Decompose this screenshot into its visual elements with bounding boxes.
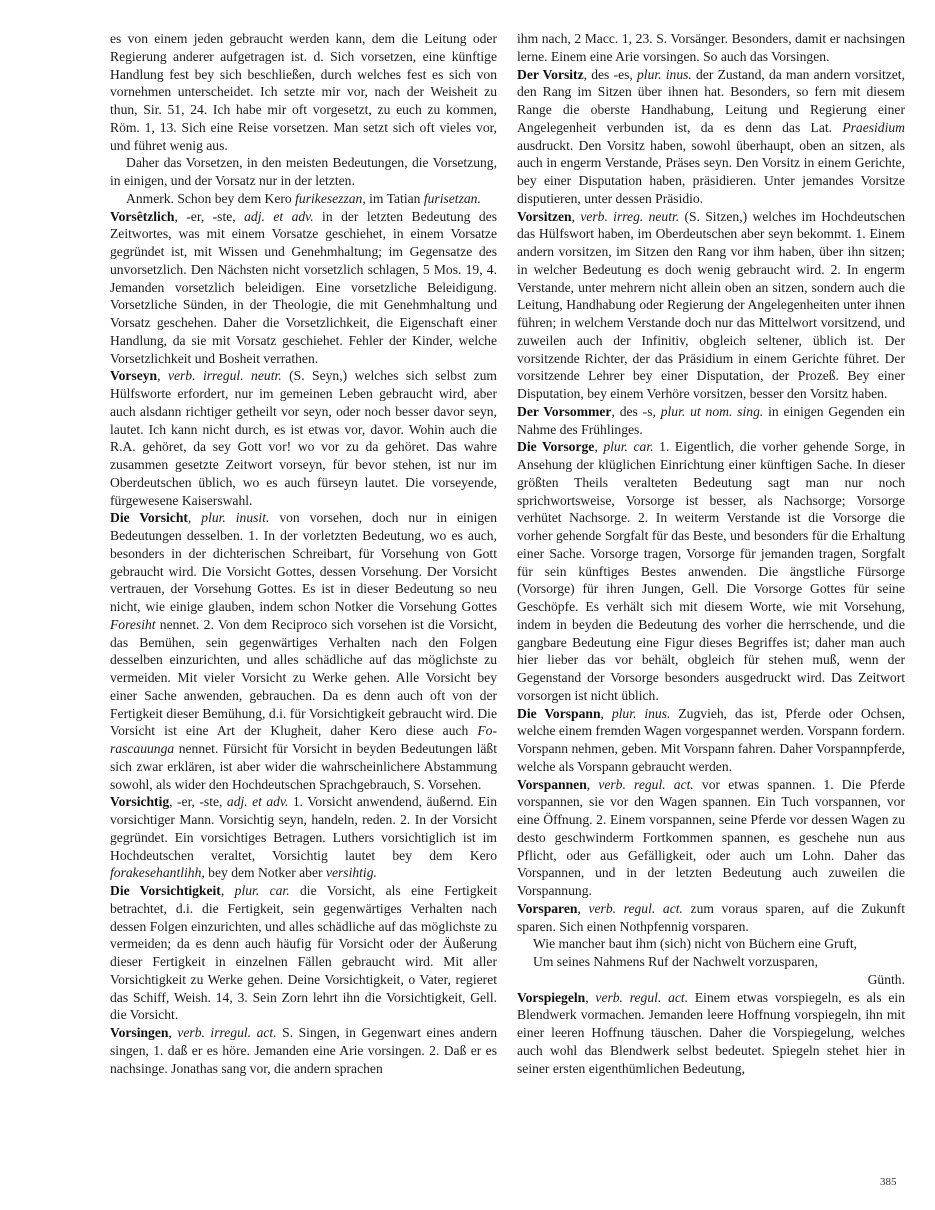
dictionary-entry: Die Vorsicht, plur. inusit. von vorsehen… xyxy=(110,509,497,793)
dictionary-entry: Die Vorsichtigkeit, plur. car. die Vorsi… xyxy=(110,882,497,1024)
grammar-label: plur. car. xyxy=(603,439,653,454)
grammar-label: adj. et adv. xyxy=(227,794,289,809)
definition: nennet. 2. Von dem Reciproco sich vorseh… xyxy=(110,617,497,739)
latin-word: Praesidium xyxy=(842,120,905,135)
dictionary-entry: Vorspannen, verb. regul. act. vor etwas … xyxy=(517,776,905,900)
old-high-german-word: Foresiht xyxy=(110,617,156,632)
continuation-text: es von einem jeden gebraucht werden kann… xyxy=(110,30,497,154)
grammar-label: plur. inus. xyxy=(612,706,671,721)
definition: bey dem Notker aber xyxy=(205,865,326,880)
verse-quote-line: Um seines Nahmens Ruf der Nachwelt vorzu… xyxy=(533,953,905,971)
grammar-label: plur. inus. xyxy=(637,67,692,82)
headword: Vorsitzen xyxy=(517,209,572,224)
headword: Vorsichtig xyxy=(110,794,169,809)
headword: Vorspiegeln xyxy=(517,990,585,1005)
etymology-note: Anmerk. Schon bey dem Kero furikesezzan,… xyxy=(110,190,497,208)
grammar-label: plur. inusit. xyxy=(201,510,269,525)
grammar-label: verb. regul. act. xyxy=(595,990,688,1005)
dictionary-entry: Vorspiegeln, verb. regul. act. Einem etw… xyxy=(517,989,905,1078)
dictionary-entry: Vorsichtig, -er, -ste, adj. et adv. 1. V… xyxy=(110,793,497,882)
dictionary-entry: Vorsparen, verb. regul. act. zum voraus … xyxy=(517,900,905,936)
grammar-label: verb. regul. act. xyxy=(588,901,682,916)
dictionary-entry: Vorseyn, verb. irregul. neutr. (S. Seyn,… xyxy=(110,367,497,509)
definition: vor etwas spannen. 1. Die Pferde vorspan… xyxy=(517,777,905,899)
verse-quote-line: Wie mancher baut ihm (sich) nicht von Bü… xyxy=(533,935,905,953)
continuation-text: ihm nach, 2 Macc. 1, 23. S. Vorsänger. B… xyxy=(517,30,905,66)
dictionary-entry: Der Vorsitz, des -es, plur. inus. der Zu… xyxy=(517,66,905,208)
grammar-label: verb. regul. act. xyxy=(598,777,693,792)
headword: Die Vorsichtigkeit xyxy=(110,883,221,898)
dictionary-entry: Die Vorsorge, plur. car. 1. Eigentlich, … xyxy=(517,438,905,704)
grammar-label: plur. ut nom. sing. xyxy=(661,404,764,419)
headword: Die Vorsorge xyxy=(517,439,594,454)
grammar-label: adj. et adv. xyxy=(244,209,313,224)
grammar-label: verb. irregul. act. xyxy=(177,1025,276,1040)
dictionary-entry: Der Vorsommer, des -s, plur. ut nom. sin… xyxy=(517,403,905,439)
headword: Vorsingen xyxy=(110,1025,168,1040)
page-number: 385 xyxy=(880,1176,897,1188)
headword: Der Vorsommer xyxy=(517,404,611,419)
quote-attribution: Günth. xyxy=(517,971,905,989)
headword: Die Vorsicht xyxy=(110,510,188,525)
headword: Die Vorspann xyxy=(517,706,601,721)
right-column: ihm nach, 2 Macc. 1, 23. S. Vorsänger. B… xyxy=(517,30,905,1077)
definition: (S. Seyn,) welches sich selbst zum Hülfs… xyxy=(110,368,497,507)
definition: in der letzten Bedeutung des Zeitwortes,… xyxy=(110,209,497,366)
continuation-text: Daher das Vorsetzen, in den meisten Bede… xyxy=(110,154,497,190)
grammar-label: verb. irregul. neutr. xyxy=(168,368,282,383)
old-high-german-word: versihtig. xyxy=(326,865,377,880)
definition: 1. Eigentlich, die vorher gehende Sorge,… xyxy=(517,439,905,703)
headword: Der Vorsitz xyxy=(517,67,584,82)
definition: (S. Sitzen,) welches im Hochdeut­schen d… xyxy=(517,209,905,402)
old-high-german-word: forakesehantlihh, xyxy=(110,865,205,880)
dictionary-entry: Die Vorspann, plur. inus. Zugvieh, das i… xyxy=(517,705,905,776)
dictionary-page: es von einem jeden gebraucht werden kann… xyxy=(0,0,935,1210)
headword: Vorsêtzlich xyxy=(110,209,174,224)
dictionary-entry: Vorsitzen, verb. irreg. neutr. (S. Sitze… xyxy=(517,208,905,403)
definition: von vorsehen, doch nur in einigen Bedeut… xyxy=(110,510,497,614)
headword: Vorsparen xyxy=(517,901,577,916)
grammar-label: verb. irreg. neutr. xyxy=(580,209,679,224)
old-high-german-word: furikesezzan, xyxy=(295,191,366,206)
definition: die Vorsicht, als eine Fertigkeit betrac… xyxy=(110,883,497,1022)
headword: Vorseyn xyxy=(110,368,157,383)
definition: ausdruckt. Den Vorsitz haben, sowohl übe… xyxy=(517,138,905,206)
headword: Vorspannen xyxy=(517,777,587,792)
old-high-german-word: furi­setzan. xyxy=(424,191,481,206)
dictionary-entry: Vorsingen, verb. irregul. act. S. Singen… xyxy=(110,1024,497,1077)
dictionary-entry: Vorsêtzlich, -er, -ste, adj. et adv. in … xyxy=(110,208,497,368)
grammar-label: plur. car. xyxy=(235,883,290,898)
left-column: es von einem jeden gebraucht werden kann… xyxy=(110,30,497,1077)
